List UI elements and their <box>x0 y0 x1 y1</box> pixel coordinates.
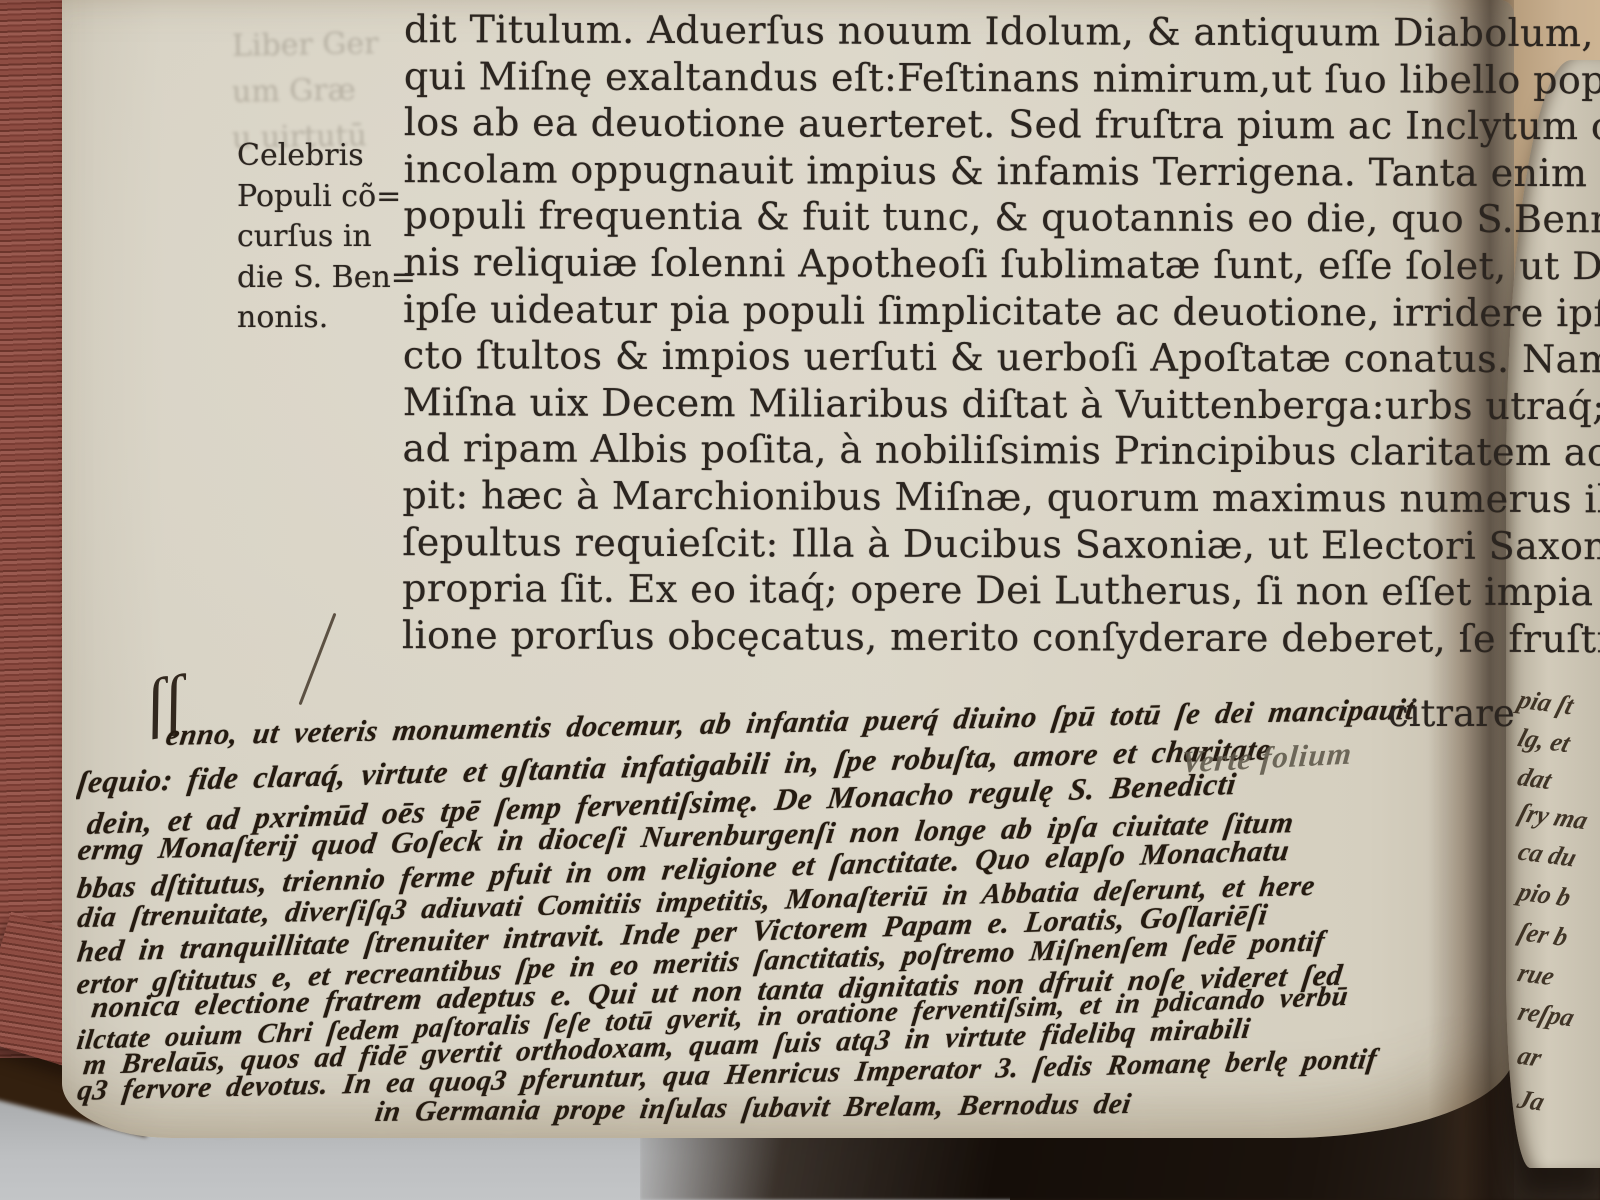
next-page-text-fragment: pia ſt <box>1514 688 1577 721</box>
next-page-text-fragment: ca du <box>1514 837 1580 874</box>
next-page-text-fragment: Ja <box>1514 1085 1548 1118</box>
next-page-text-fragment: rue <box>1514 958 1558 992</box>
next-page-text-fragment: ſry ma <box>1515 798 1592 836</box>
next-page-text-fragments: pia ſtlg, etdatſry maca dupio bſer bruer… <box>1512 688 1600 1158</box>
next-page-text-fragment: ſer b <box>1514 917 1571 953</box>
next-page-text-fragment: lg, et <box>1514 723 1573 759</box>
next-page-text-fragment: reſpa <box>1514 997 1578 1034</box>
catchword: citrare <box>1388 692 1515 735</box>
next-page-text-fragment: pio b <box>1514 877 1574 913</box>
next-page-text-fragment: dat <box>1514 762 1555 796</box>
handwriting-block: enno, ut veteris monumentis docemur, ab … <box>76 0 1512 1160</box>
next-page-text-fragment: ar <box>1514 1041 1545 1074</box>
handwriting-line: in Germania prope inſulas ſubavit Brelam… <box>373 1088 1133 1129</box>
book-photo: pia ſtlg, etdatſry maca dupio bſer bruer… <box>0 0 1600 1200</box>
